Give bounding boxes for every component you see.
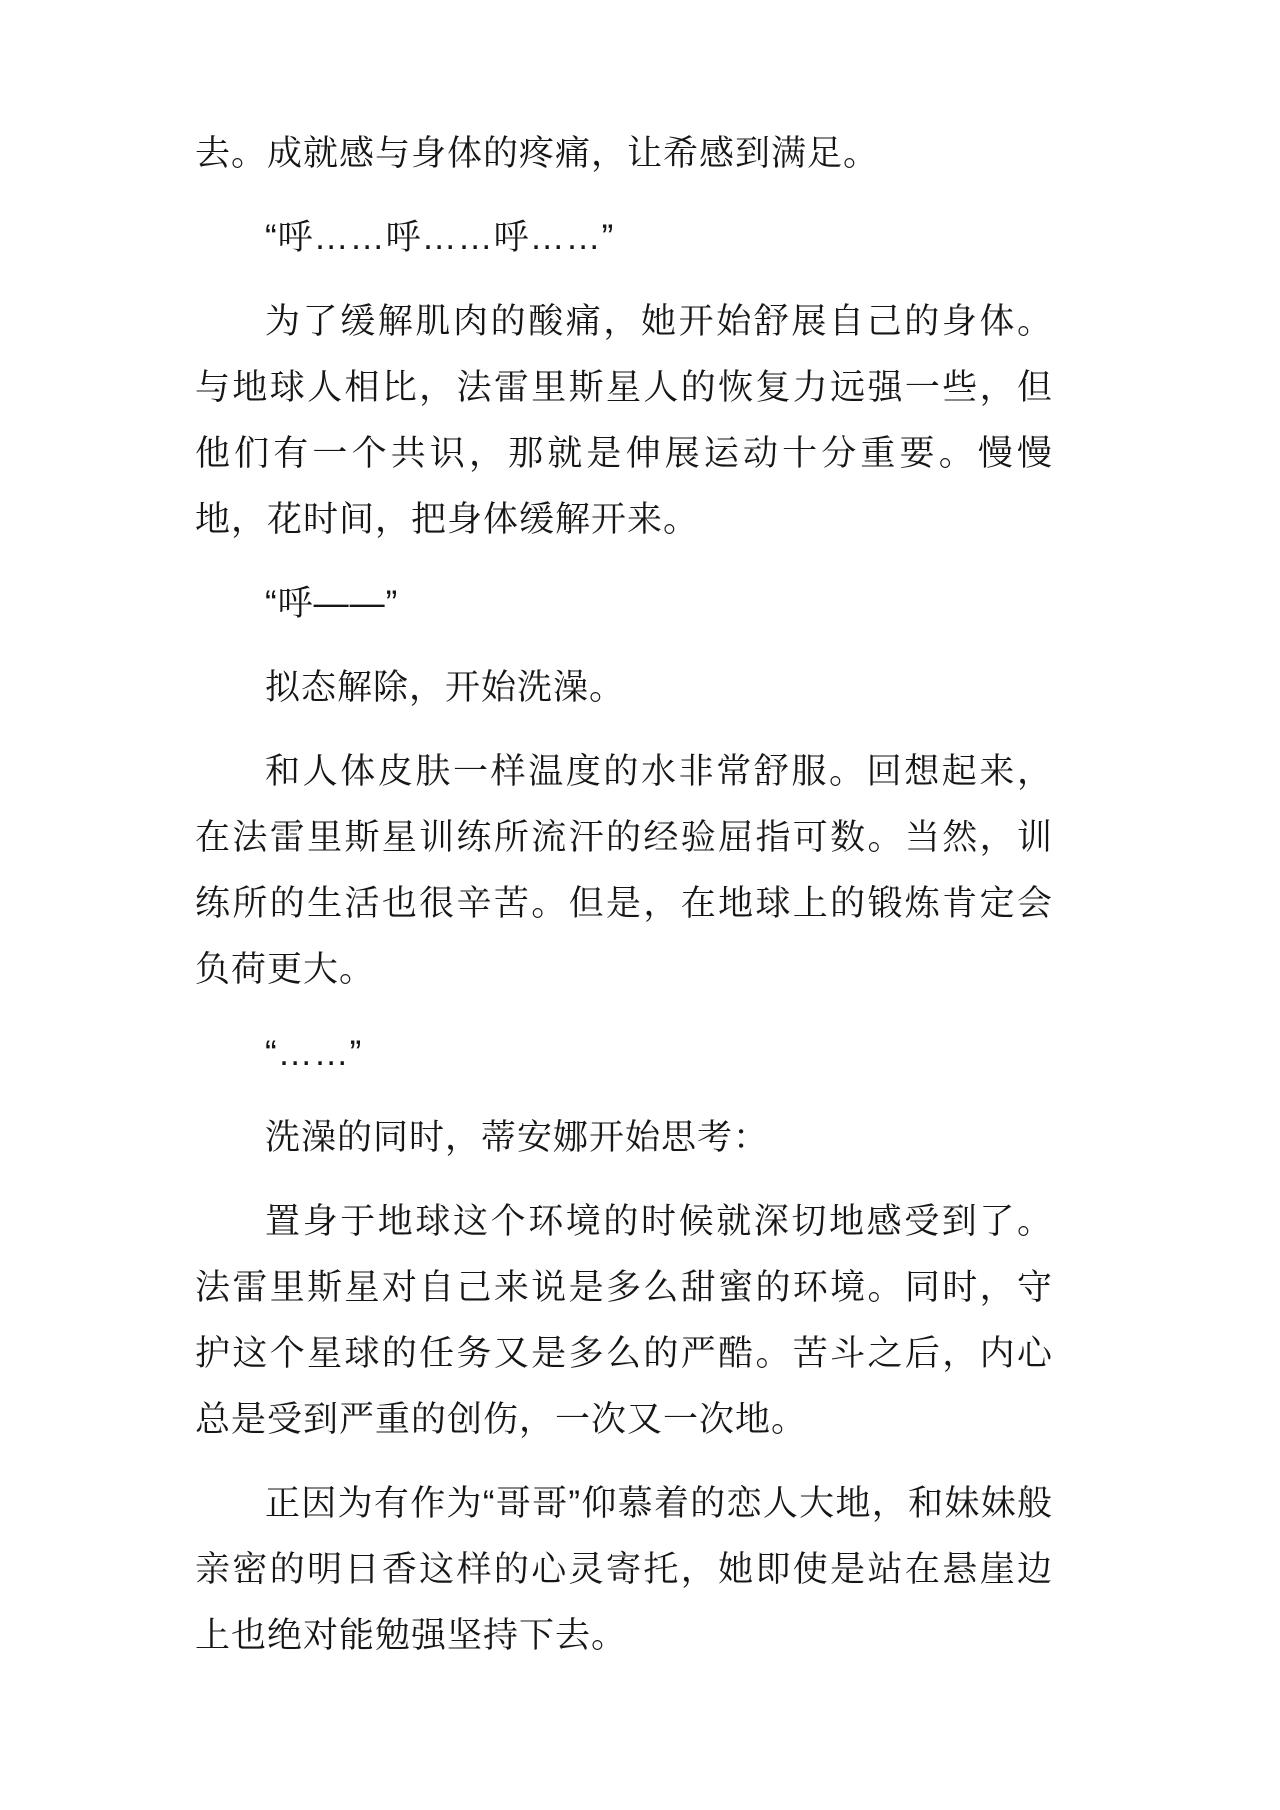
paragraph: 和人体皮肤一样温度的水非常舒服。回想起来，在法雷里斯星训练所流汗的经验屈指可数。… (195, 739, 1053, 1003)
paragraph: 去。成就感与身体的疼痛，让希感到满足。 (195, 121, 1053, 187)
paragraph: “……” (195, 1021, 1053, 1087)
paragraph: “呼——” (195, 571, 1053, 637)
paragraph: 洗澡的同时，蒂安娜开始思考： (195, 1105, 1053, 1171)
paragraph: 正因为有作为“哥哥”仰慕着的恋人大地，和妹妹般亲密的明日香这样的心灵寄托，她即使… (195, 1471, 1053, 1669)
document-page: 去。成就感与身体的疼痛，让希感到满足。“呼……呼……呼……”为了缓解肌肉的酸痛，… (0, 0, 1280, 1810)
paragraph: 拟态解除，开始洗澡。 (195, 655, 1053, 721)
paragraph: “呼……呼……呼……” (195, 205, 1053, 271)
paragraph: 为了缓解肌肉的酸痛，她开始舒展自己的身体。与地球人相比，法雷里斯星人的恢复力远强… (195, 289, 1053, 553)
page-body: 去。成就感与身体的疼痛，让希感到满足。“呼……呼……呼……”为了缓解肌肉的酸痛，… (195, 121, 1053, 1669)
paragraph: 置身于地球这个环境的时候就深切地感受到了。法雷里斯星对自己来说是多么甜蜜的环境。… (195, 1189, 1053, 1453)
